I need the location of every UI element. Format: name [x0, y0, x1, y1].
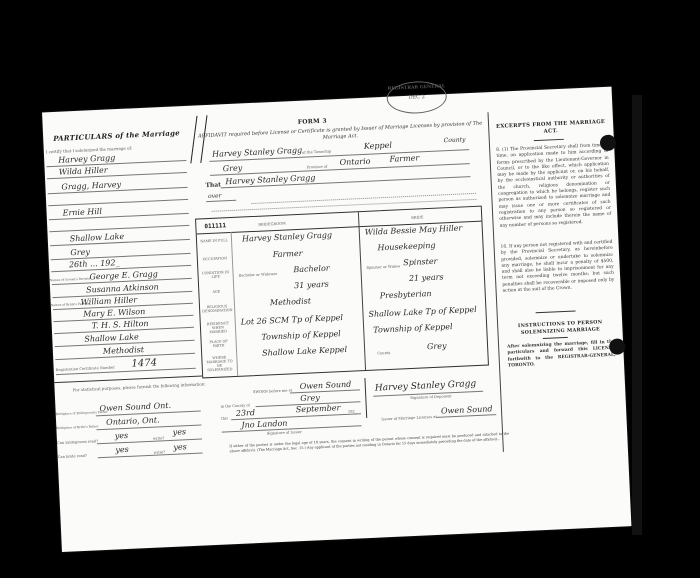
table-row: PLACE OF BIRTH Township of Keppel Townsh… — [196, 207, 481, 220]
table-row: RELIGIOUS DENOMINATION Methodist Presbyt… — [196, 207, 481, 220]
registration-number: 1474 — [131, 358, 157, 370]
table-row: CONDITION IN LIFE Bachelor or Widower Ba… — [196, 207, 481, 220]
particulars-intro: I certify that I solemnized the marriage… — [46, 145, 133, 154]
bride-birthplace: Township of Keppel — [373, 322, 453, 335]
solemnization-place: Shallow Lake Keppel — [262, 345, 347, 358]
row-label: PLACE OF BIRTH — [204, 339, 234, 348]
groom-residence: Lot 26 SCM Tp of Keppel — [241, 313, 344, 327]
row-label: WHERE MARRIAGE TO BE SOLEMNIZED — [204, 355, 235, 372]
deponent-province: Ontario — [339, 157, 370, 167]
marriage-affidavit-form: REGISTRAR GENERAL DEC 2 FORM 3 PARTICULA… — [42, 87, 631, 552]
form-number: FORM 3 — [298, 118, 327, 126]
groom-read: yes — [115, 431, 129, 441]
statistical-fields: Birthplace of Bridegroom's Father Owen S… — [42, 87, 611, 113]
groom-write: yes — [172, 427, 186, 437]
field-value: Ernie Hill — [62, 207, 102, 218]
table-row: AGE 31 years 21 years — [196, 207, 481, 220]
table-row: RESIDENCE WHEN MARRIED Lot 26 SCM Tp of … — [196, 207, 481, 220]
row-label: RESIDENCE WHEN MARRIED — [203, 321, 234, 334]
row-label: NAME IN FULL — [199, 238, 229, 243]
row-label: OCCUPATION — [200, 256, 230, 261]
sworn-label: SWORN before me at — [253, 388, 292, 394]
sworn-county: Grey — [300, 393, 320, 403]
instructions-text: After solemnizing the marriage, fill in … — [507, 340, 616, 370]
bride-read: yes — [115, 445, 129, 455]
deponent-county-label: County — [444, 136, 466, 144]
binder-hole-top — [600, 134, 617, 151]
stat-label: Can bride read? — [58, 454, 87, 459]
affidavit-that-label: That — [205, 181, 221, 189]
bride-condition: Spinster — [403, 257, 438, 268]
groom-denomination: Methodist — [270, 296, 311, 307]
bride-denomination: Presbyterian — [380, 289, 432, 300]
marriage-county: Grey — [70, 247, 90, 257]
groom-birthplace: Township of Keppel — [261, 329, 341, 342]
registrar-stamp: REGISTRAR GENERAL DEC 2 — [386, 80, 447, 115]
deponent-township: Keppel — [364, 141, 392, 151]
groom-occupation: Farmer — [273, 249, 303, 259]
bride-occupation: Housekeeping — [377, 241, 435, 253]
groom-condition: Bachelor — [293, 264, 330, 275]
deponent-county: Grey — [223, 163, 243, 173]
sworn-day-label: this — [221, 416, 228, 420]
bride-residence: Shallow Lake Tp of Keppel — [368, 305, 477, 319]
particulars-table: 011111 BRIDEGROOM BRIDE NAME IN FULL Har… — [195, 206, 489, 379]
particulars-title: PARTICULARS of the Marriage — [53, 128, 180, 143]
excerpts-title: EXCERPTS FROM THE MARRIAGE ACT. — [493, 119, 609, 138]
stat-label: Can bridegroom read? — [57, 439, 98, 445]
affidavit-label: of the Township — [302, 149, 331, 154]
row-prefix: Spinster or Widow — [366, 264, 400, 270]
residence-years: over — [208, 192, 222, 200]
table-row: NAME IN FULL Harvey Stanley Gragg Wilda … — [196, 207, 481, 220]
instructions-title: INSTRUCTIONS TO PERSON SOLEMNIZING MARRI… — [510, 319, 610, 337]
excerpt-section-8: 8. (1) The Provincial Secretary shall fr… — [496, 143, 612, 230]
excerpt-section-16: 16. If any person not registered with an… — [501, 240, 615, 295]
col-bridegroom: BRIDEGROOM — [258, 222, 286, 227]
affidavit-title: AFFIDAVIT required before License or Cer… — [195, 120, 485, 147]
binder-hole-bottom — [609, 338, 626, 355]
stat-label: Birthplace of Bride's Father — [56, 424, 98, 430]
page-edge-shadow — [632, 95, 642, 535]
table-row: WHERE MARRIAGE TO BE SOLEMNIZED Shallow … — [196, 207, 481, 220]
sworn-section: SWORN before me at Owen Sound in the Cou… — [42, 87, 611, 113]
sworn-month: September — [296, 403, 341, 414]
groom-full-name: Harvey Stanley Gragg — [242, 230, 332, 243]
bride-father-birthplace: Ontario, Ont. — [106, 415, 160, 426]
solemnization-county: Grey — [427, 341, 447, 351]
groom-age: 31 years — [294, 280, 329, 291]
officiant-denomination: Methodist — [103, 345, 144, 356]
statistical-title: For statistical purposes, please furnish… — [73, 381, 206, 392]
bride-write: yes — [173, 442, 187, 452]
issuer-label: Issuer of Marriage Licenses at — [381, 415, 437, 422]
row-prefix: County — [377, 351, 390, 356]
row-label: AGE — [201, 289, 231, 294]
row-label: CONDITION IN LIFE — [200, 270, 230, 279]
serial-number: 011111 — [204, 222, 226, 230]
row-prefix: Bachelor or Widower — [239, 272, 278, 278]
sworn-day: 23rd — [236, 408, 256, 418]
particulars-fields: Harvey Gragg Wilda Hiller Gragg, Harvey … — [42, 87, 611, 113]
groom-father-birthplace: Owen Sound Ont. — [99, 401, 171, 413]
groom-parents-label: Names of Groom's Parents — [50, 276, 91, 282]
issuer-caption: Signature of Issuer — [267, 430, 302, 436]
deponent-caption: Signature of Deponent — [410, 394, 452, 400]
table-row: OCCUPATION Farmer Housekeeping — [196, 207, 481, 220]
deponent-occupation: Farmer — [389, 153, 419, 163]
bride-age: 21 years — [409, 272, 444, 283]
row-label: RELIGIOUS DENOMINATION — [202, 304, 232, 313]
col-bride: BRIDE — [411, 215, 423, 220]
